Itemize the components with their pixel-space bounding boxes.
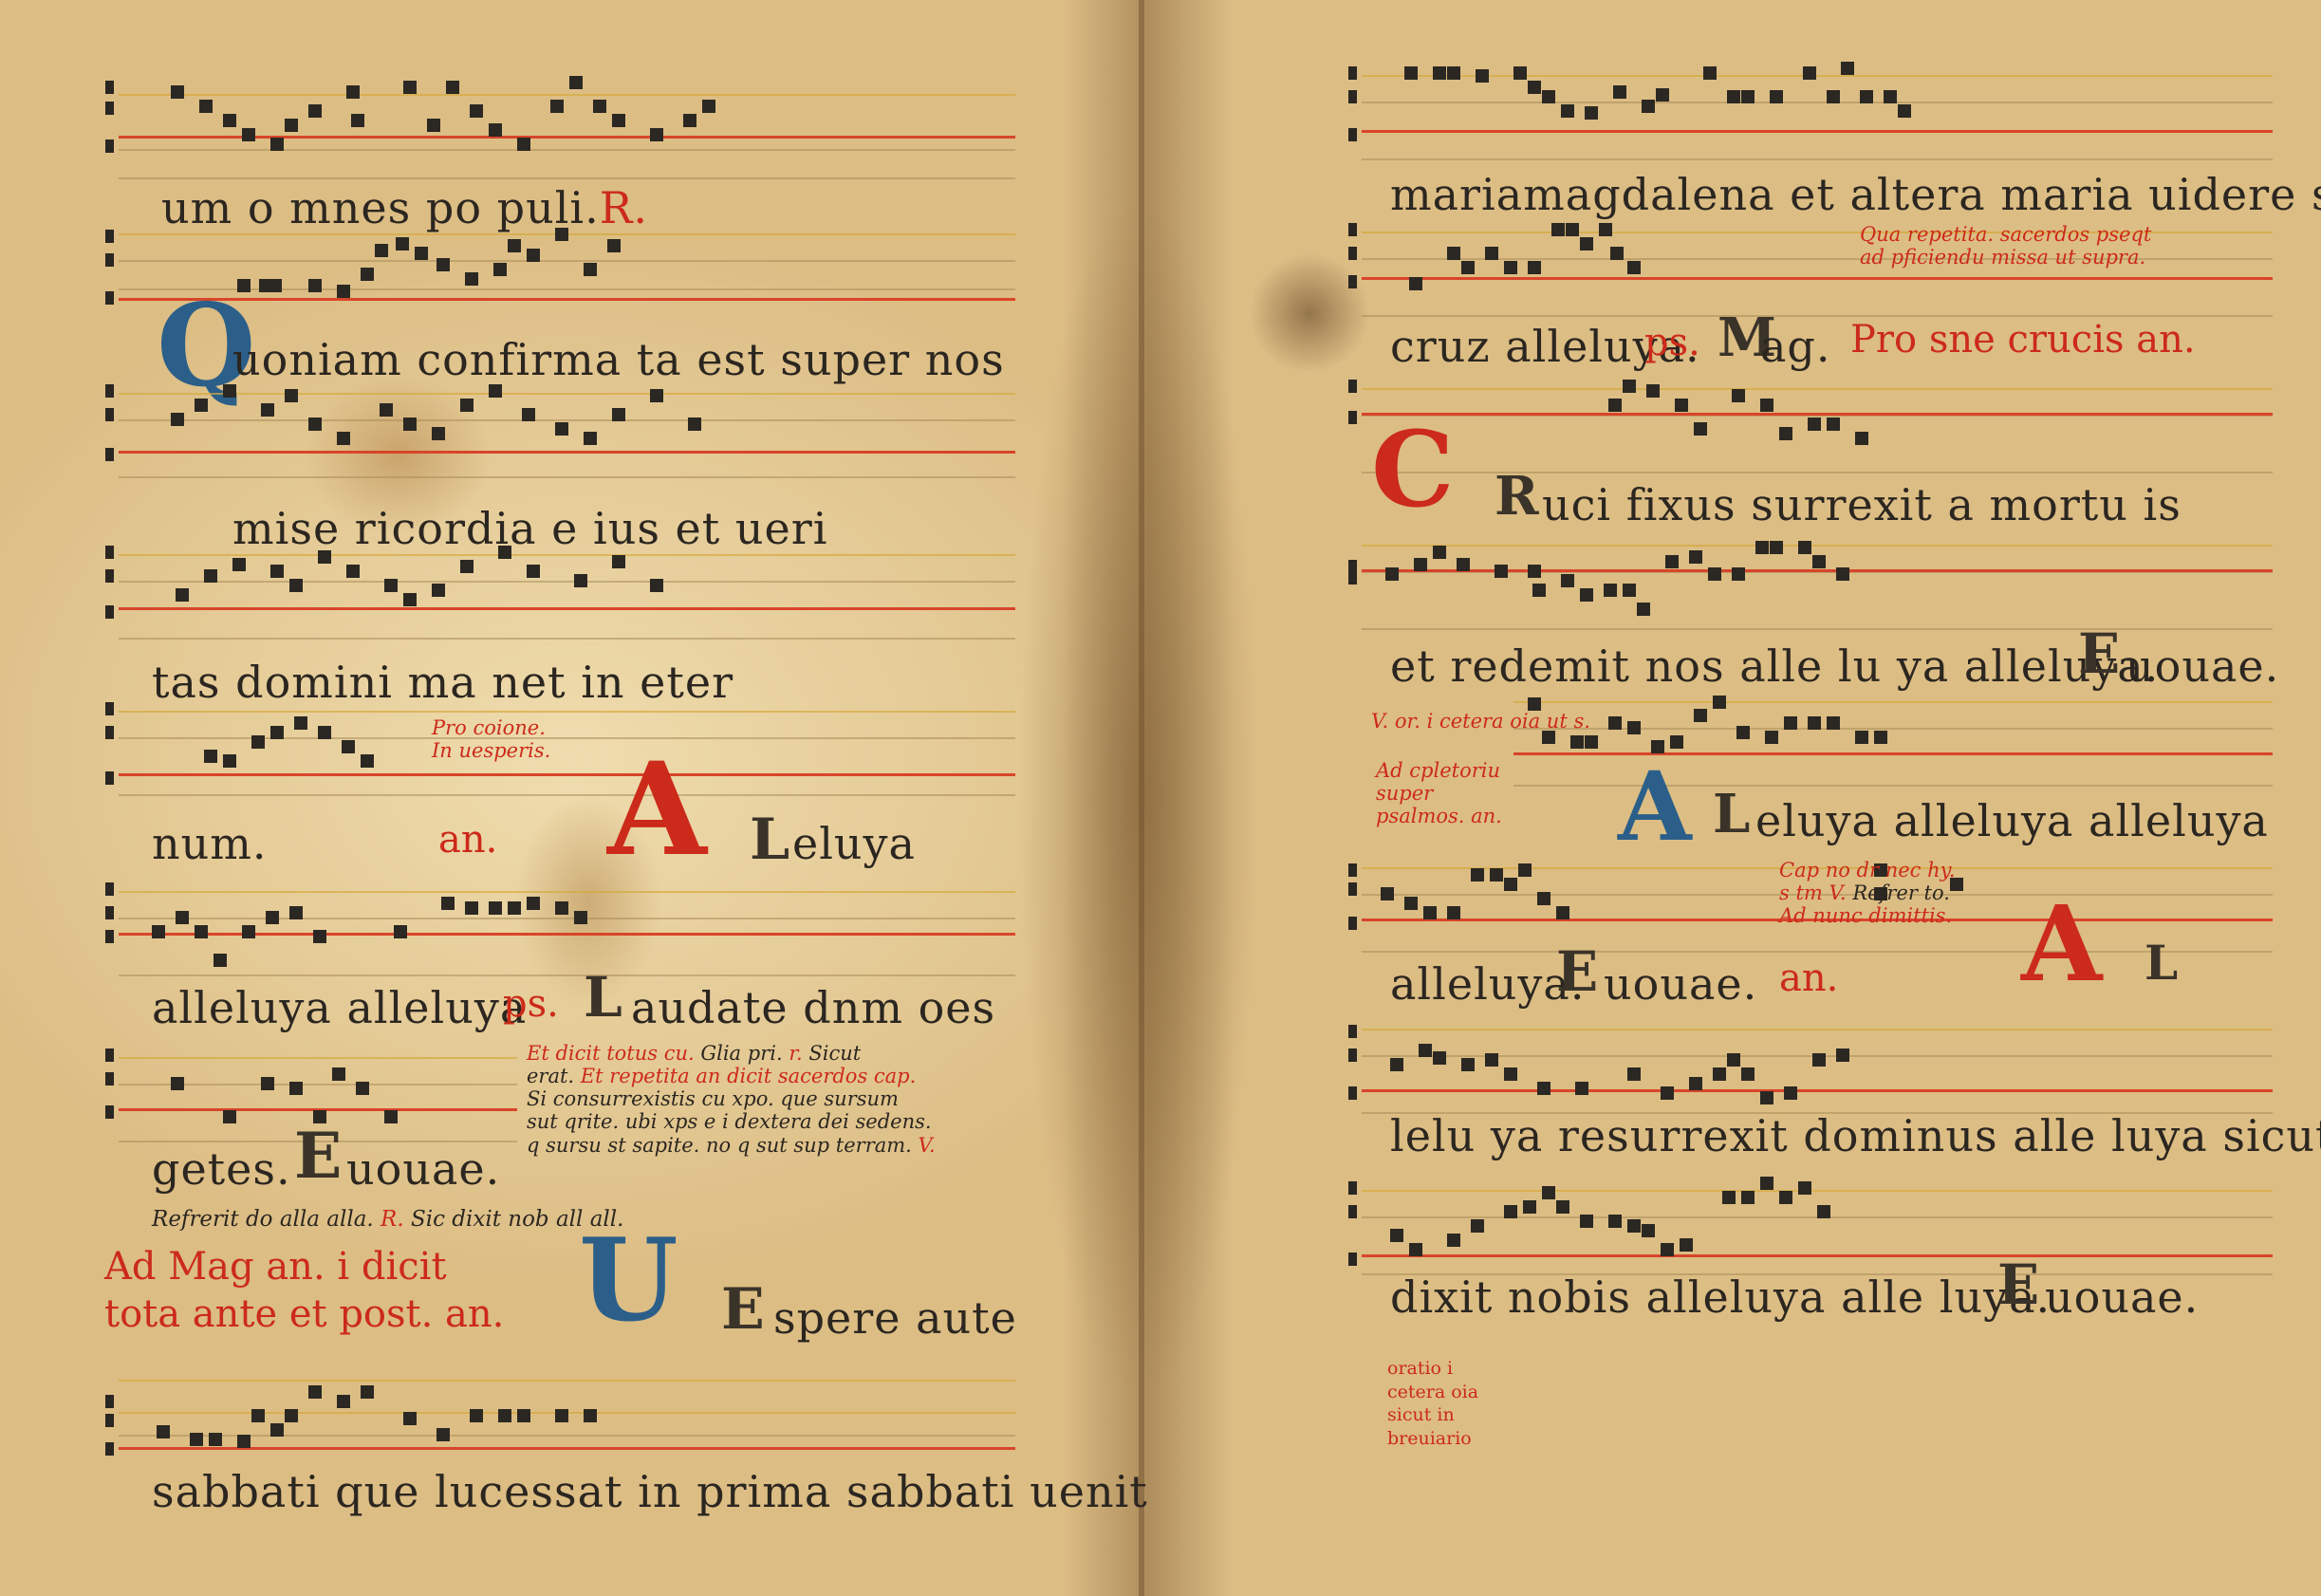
- decorated-initial-u: U: [579, 1224, 678, 1338]
- gutter-shadow: [1063, 0, 1234, 1596]
- chant-text-line: uci fixus surrexit a mortu is: [1542, 479, 2182, 530]
- chant-text-line: getes.: [152, 1143, 291, 1195]
- music-staff: [1362, 375, 2273, 479]
- music-staff: [119, 1366, 1015, 1471]
- rubric-ad-completorium: Ad cpletoriu super psalmos. an.: [1376, 759, 1502, 827]
- chant-text-line: audate dnm oes: [631, 982, 995, 1033]
- chant-text-line: num.: [152, 818, 268, 869]
- chant-text-line: eluya: [792, 818, 916, 869]
- rubric-pro-sancte-crucis: Pro sne crucis an.: [1850, 318, 2196, 362]
- chant-text-line: dixit nobis alleluya alle luya.: [1390, 1271, 2051, 1323]
- music-staff: [119, 81, 1015, 185]
- rubric-psalm-mark: ps.: [503, 982, 559, 1026]
- cadel-initial-e: E: [294, 1124, 342, 1187]
- chant-text-line: sabbati que lucessat in prima sabbati ue…: [152, 1466, 1148, 1517]
- rubric-pro-comunione: Pro coione. In uesperis.: [432, 716, 550, 762]
- chant-text-line: uoniam confirma ta est super nos: [232, 334, 1005, 385]
- decorated-initial-a: A: [2021, 892, 2102, 996]
- cadel-initial-l: L: [750, 811, 789, 868]
- rubric-block-et-dicit: Et dicit totus cu. Glia pri. r. Sicut er…: [527, 1042, 936, 1157]
- cadel-initial-l: L: [584, 970, 622, 1025]
- chant-text-line: ag.: [1760, 321, 1831, 372]
- music-staff: [1362, 1015, 2273, 1120]
- cadel-initial-l: L: [1713, 788, 1750, 841]
- rubric-text: In uesperis.: [432, 739, 550, 762]
- decorated-initial-c: C: [1371, 418, 1455, 522]
- chant-text-line: alleluya alleluya: [152, 982, 527, 1033]
- rubric-capitulum: Cap no dr nec hy. s tm V. Refrer to. Ad …: [1779, 859, 1955, 927]
- chant-text-line: spere aute: [773, 1292, 1017, 1344]
- cadel-initial-e: E: [721, 1281, 765, 1338]
- chant-text-line: lelu ya resurrexit dominus alle luya sic…: [1390, 1110, 2321, 1161]
- music-staff: [119, 380, 1015, 484]
- chant-text-line: uouae.: [1604, 958, 1757, 1010]
- chant-text-line: uouae.: [2126, 640, 2279, 692]
- chant-text-line: mariamagdalena et altera maria uidere se…: [1390, 169, 2321, 220]
- center-fold: [1139, 0, 1144, 1596]
- music-staff: [119, 541, 1015, 645]
- music-staff: [119, 878, 1015, 982]
- rubric-text: Pro coione.: [432, 716, 550, 739]
- chant-text-line: uouae.: [346, 1143, 500, 1195]
- rubric-ad-magnificat: Ad Mag an. i dicit tota ante et post. an…: [104, 1243, 504, 1338]
- music-staff: [119, 697, 1015, 802]
- rubric-antiphon-mark: an.: [1779, 956, 1838, 1000]
- cadel-initial-e: E: [2078, 626, 2120, 681]
- music-staff: [1362, 1177, 2273, 1281]
- cadel-initial-e: E: [1997, 1257, 2039, 1312]
- chant-text-line: uouae.: [2045, 1271, 2199, 1323]
- rubric-oratio: oratio i cetera oia sicut in breuiario: [1387, 1357, 1478, 1451]
- cadel-initial-r: R: [1495, 470, 1539, 523]
- chant-text-line: et redemit nos alle lu ya alleluya.: [1390, 640, 2159, 692]
- music-staff: [1362, 531, 2273, 636]
- cadel-initial-l: L: [2145, 939, 2178, 987]
- rubric-antiphon-mark: an.: [438, 818, 497, 862]
- music-staff: [1362, 62, 2273, 166]
- cadel-initial-e: E: [1556, 944, 1598, 999]
- decorated-initial-a: A: [607, 745, 707, 873]
- chant-text-line: eluya alleluya alleluya: [1755, 795, 2269, 846]
- rubric-versicle-oratio: V. or. i cetera oia ut s.: [1371, 710, 1590, 733]
- rubric-psalm-mark: ps.: [1644, 321, 1700, 364]
- decorated-initial-a: A: [1618, 759, 1692, 854]
- rubric-refrerit: Refrerit do alla alla. R. Sic dixit nob …: [152, 1207, 623, 1232]
- manuscript-spread: um o mnes po puli.R. Q uoniam confirma t…: [0, 0, 2321, 1596]
- rubric-qua-repetita: Qua repetita. sacerdos pseqt ad pficiend…: [1860, 223, 2151, 269]
